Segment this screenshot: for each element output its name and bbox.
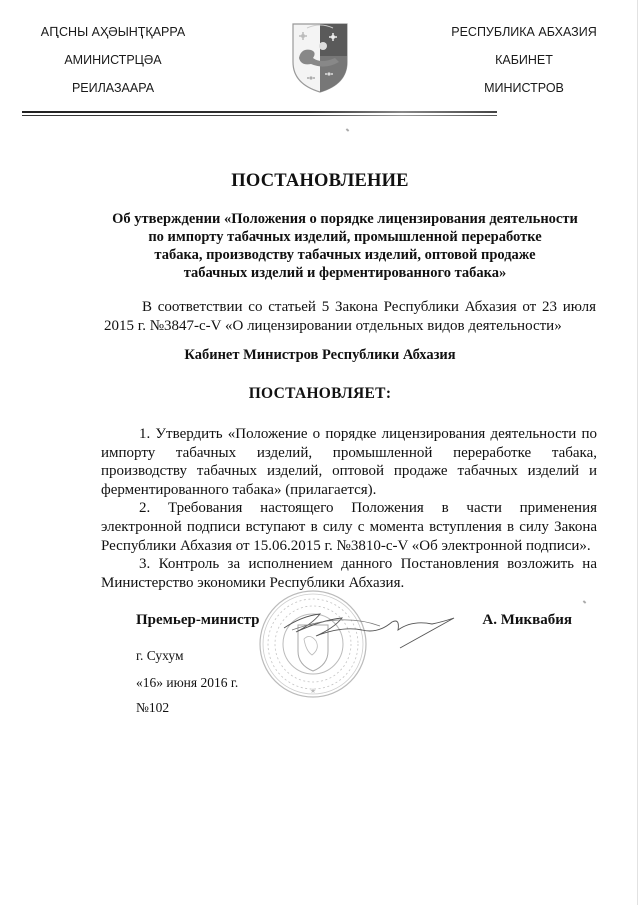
scan-speck: [346, 128, 350, 131]
handwritten-signature-icon: [282, 610, 457, 650]
header-left-line-1: АԤСНЫ АҲӘЫНҬҚАРРА: [38, 22, 188, 50]
document-number: №102: [136, 700, 169, 716]
header-right-line-1: РЕСПУБЛИКА АБХАЗИЯ: [448, 22, 600, 50]
preamble: В соответствии со статьей 5 Закона Респу…: [104, 298, 596, 336]
subtitle-line-4: табачных изделий и ферментированного таб…: [90, 264, 600, 282]
preamble-line-2: 2015 г. №3847-с-V «О лицензировании отде…: [104, 317, 596, 336]
subtitle-line-1: Об утверждении «Положения о порядке лице…: [90, 210, 600, 228]
header-abkhaz: АԤСНЫ АҲӘЫНҬҚАРРА АМИНИСТРЦӘА РЕИЛАЗААРА: [38, 22, 188, 106]
date-of-issue: «16» июня 2016 г.: [136, 675, 238, 691]
header-russian: РЕСПУБЛИКА АБХАЗИЯ КАБИНЕТ МИНИСТРОВ: [448, 22, 600, 106]
document-title: ПОСТАНОВЛЕНИЕ: [0, 171, 640, 192]
resolution-item-2: 2. Требования настоящего Положения в час…: [101, 499, 597, 555]
resolves-heading: ПОСТАНОВЛЯЕТ:: [0, 385, 640, 403]
issuer: Кабинет Министров Республики Абхазия: [0, 347, 640, 364]
resolution-item-3: 3. Контроль за исполнением данного Поста…: [101, 555, 597, 592]
header-right-line-3: МИНИСТРОВ: [448, 78, 600, 106]
subtitle-line-2: по импорту табачных изделий, промышленно…: [90, 228, 600, 246]
svg-text:★: ★: [310, 687, 316, 695]
header-divider-bottom: [22, 115, 497, 117]
place-of-issue: г. Сухум: [136, 648, 184, 664]
header-right-line-2: КАБИНЕТ: [448, 50, 600, 78]
signatory-role: Премьер-министр: [136, 612, 260, 629]
signatory-name: А. Миквабия: [482, 612, 572, 629]
preamble-line-1: В соответствии со статьей 5 Закона Респу…: [104, 298, 596, 317]
scan-speck: [583, 600, 587, 603]
document-subtitle: Об утверждении «Положения о порядке лице…: [90, 210, 600, 282]
subtitle-line-3: табака, производству табачных изделий, о…: [90, 246, 600, 264]
resolution-items: 1. Утвердить «Положение о порядке лиценз…: [101, 425, 597, 592]
page-edge: [637, 0, 638, 905]
header-divider-top: [22, 111, 497, 113]
header-left-line-2: АМИНИСТРЦӘА: [38, 50, 188, 78]
resolution-item-1: 1. Утвердить «Положение о порядке лиценз…: [101, 425, 597, 499]
header-left-line-3: РЕИЛАЗААРА: [38, 78, 188, 106]
coat-of-arms-icon: [289, 18, 351, 94]
